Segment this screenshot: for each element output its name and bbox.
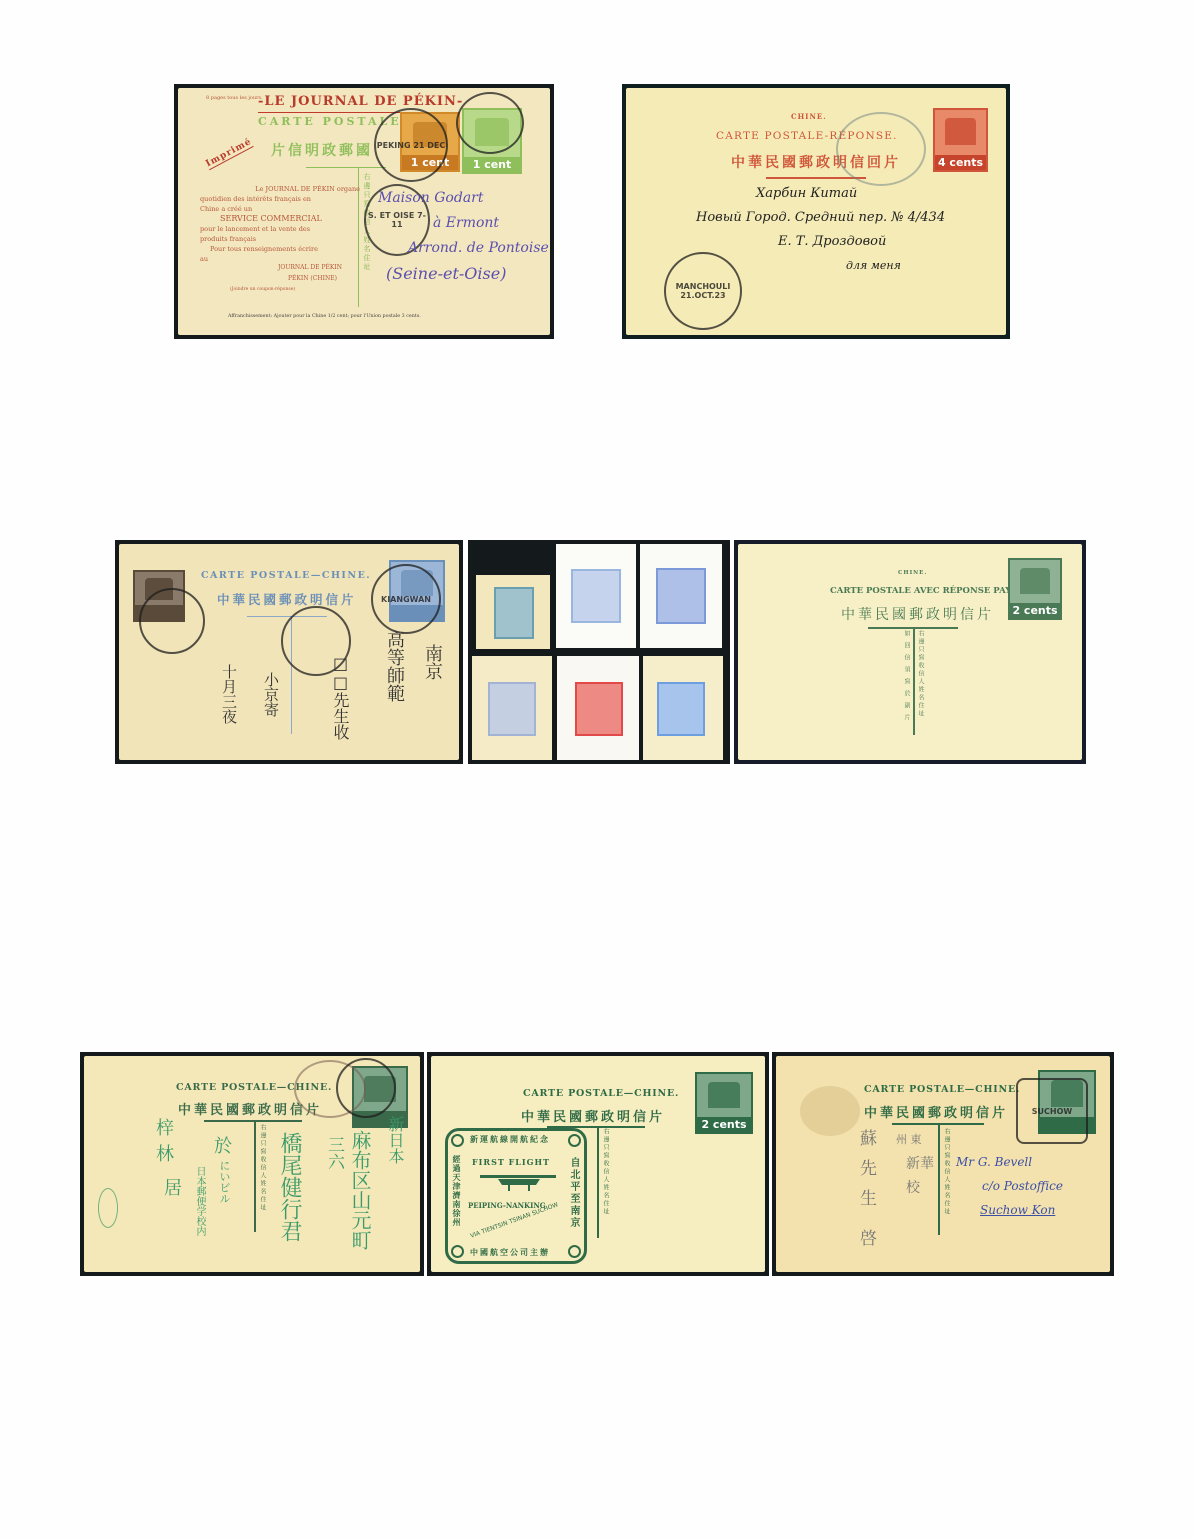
stamp-essay xyxy=(571,569,621,623)
stamp-essay xyxy=(575,682,623,736)
cachet-first-flight: FIRST FLIGHT xyxy=(472,1157,550,1167)
cjk-title: 中華民國郵政明信片 xyxy=(217,590,357,608)
junk-icon xyxy=(1020,568,1050,594)
sun-icon xyxy=(568,1245,581,1258)
card-title: CARTE POSTALE—CHINE. xyxy=(864,1084,1020,1095)
address-cjk-left: 蘇 先 生 啓 xyxy=(860,1124,877,1254)
postmark-faint xyxy=(836,112,926,186)
stamp-essay xyxy=(656,568,706,624)
stamp-green: 2 cents xyxy=(695,1072,753,1134)
essay-6 xyxy=(643,656,723,760)
stain xyxy=(800,1086,860,1136)
signature-3: (Joindre un coupon-réponse) xyxy=(230,287,295,292)
vertical-note-right: 右邊只寫收信人姓名住址 xyxy=(916,630,925,718)
divider-line xyxy=(597,1126,599,1238)
address-cjk-5: 十月三夜 xyxy=(219,664,240,724)
essays-panel xyxy=(468,540,730,764)
card-title: CARTE POSTALE—CHINE. xyxy=(201,570,371,581)
top-note: 8 pages tous les jours. xyxy=(206,95,266,101)
cjk-title: 片信明政郵國 xyxy=(271,140,373,160)
address-cjk-2: 高等師範 xyxy=(381,630,407,702)
postcard-journal-de-pekin: 8 pages tous les jours. -LE JOURNAL DE P… xyxy=(174,84,554,339)
junk-icon xyxy=(708,1082,740,1108)
masthead: -LE JOURNAL DE PÉKIN- xyxy=(258,94,463,109)
imprime-label: Imprimé xyxy=(204,137,254,170)
sun-icon xyxy=(451,1134,464,1147)
postcard-reponse-harbin: CHINE. CARTE POSTALE-RÉPONSE. 中華民國郵政明信回片… xyxy=(622,84,1010,339)
card-title: CARTE POSTALE—CHINE. xyxy=(523,1088,679,1099)
postcard-reponse-payee: CHINE. CARTE POSTALE AVEC RÉPONSE PAYÉE.… xyxy=(734,540,1086,764)
ad-text: Le JOURNAL DE PÉKIN organe quotidien des… xyxy=(200,184,360,264)
essay-5 xyxy=(557,656,639,760)
postmark-left xyxy=(139,588,205,654)
seal-mark xyxy=(98,1188,118,1228)
postmark-suchow: SUCHOW xyxy=(1016,1078,1088,1144)
essay-4 xyxy=(472,656,552,760)
country-label: CHINE. xyxy=(791,112,827,121)
postmark-kiangwan: KIANGWAN xyxy=(371,564,441,634)
postmark-peking-2 xyxy=(456,92,524,154)
address-cjk-4: 小京寄 xyxy=(261,672,282,717)
divider-line xyxy=(913,627,915,735)
address-rule xyxy=(306,167,386,168)
stamp-essay xyxy=(488,682,536,736)
sun-icon xyxy=(568,1134,581,1147)
cjk-title: 中華民國郵政明信片 xyxy=(521,1106,665,1125)
address-handwritten: Харбин Китай Новый Город. Средний пер. №… xyxy=(696,182,945,278)
cjk-title: 中華民國郵政明信片 xyxy=(841,604,994,624)
junk-icon xyxy=(945,118,976,145)
postcard-kiangsu: CARTE POSTALE—CHINE. 中華民國郵政明信片 KIANGWAN … xyxy=(115,540,463,764)
vertical-note-left: 如回信須寫於副片 xyxy=(902,630,911,726)
stamp-essay xyxy=(657,682,705,736)
signature-2: PÉKIN (CHINE) xyxy=(288,275,337,282)
first-flight-cachet: 新運航線開航紀念 中國航空公司主辦 經過天津濟南徐州 自北平至南京 FIRST … xyxy=(445,1128,587,1264)
postmark-peking: PEKING 21 DEC xyxy=(374,108,448,182)
cachet-right: 自北平至南京 xyxy=(566,1157,581,1229)
sun-icon xyxy=(451,1245,464,1258)
essay-3 xyxy=(640,544,722,648)
address-cjk-block: 新日本 麻布区山元町 三六 橋尾健行君 於 にいビル 日本郵便学校内 梓 林 居 xyxy=(84,1056,420,1272)
footer-note: Affranchissement: Ajouter pour la Chine … xyxy=(228,314,421,319)
essay-1 xyxy=(476,575,550,649)
country-label: CHINE. xyxy=(898,570,927,576)
card-title: CARTE POSTALE AVEC RÉPONSE PAYÉE. xyxy=(830,586,1027,596)
address-cjk-3: □□先生收 xyxy=(329,654,352,740)
address-cjk-1: 南京 xyxy=(419,644,445,680)
postcard-suchow: CARTE POSTALE—CHINE. 中華民國郵政明信片 右邊只寫收信人姓名… xyxy=(772,1052,1114,1276)
stamp-essay xyxy=(494,587,534,639)
vertical-note: 右邊只寫收信人姓名住址 xyxy=(601,1128,610,1216)
stamp-red: 4 cents xyxy=(933,108,988,172)
signature-1: JOURNAL DE PÉKIN xyxy=(278,264,342,271)
address-english: Mr G. Bevell c/o Postoffice Suchow Kon xyxy=(956,1150,1063,1222)
stamp-green: 2 cents xyxy=(1008,558,1062,620)
cjk-title: 中華民國郵政明信片 xyxy=(864,1102,1008,1121)
cachet-top: 新運航線開航紀念 xyxy=(470,1134,550,1145)
address-handwritten: Maison Godart à Ermont Arrond. de Pontoi… xyxy=(378,186,549,286)
cachet-left: 經過天津濟南徐州 xyxy=(451,1155,462,1227)
postcard-first-flight: CARTE POSTALE—CHINE. 中華民國郵政明信片 右邊只寫收信人姓名… xyxy=(427,1052,769,1276)
cachet-bottom: 中國航空公司主辦 xyxy=(470,1247,550,1258)
airplane-icon xyxy=(478,1171,558,1193)
vertical-note: 右邊只寫收信人姓名住址 xyxy=(942,1128,951,1216)
divider-line xyxy=(938,1123,940,1235)
essay-2 xyxy=(556,544,636,648)
postcard-japan: CARTE POSTALE—CHINE. 中華民國郵政明信片 右邊只寫收信人姓名… xyxy=(80,1052,424,1276)
address-cjk-side: 州 東 新華 校 xyxy=(896,1128,934,1200)
